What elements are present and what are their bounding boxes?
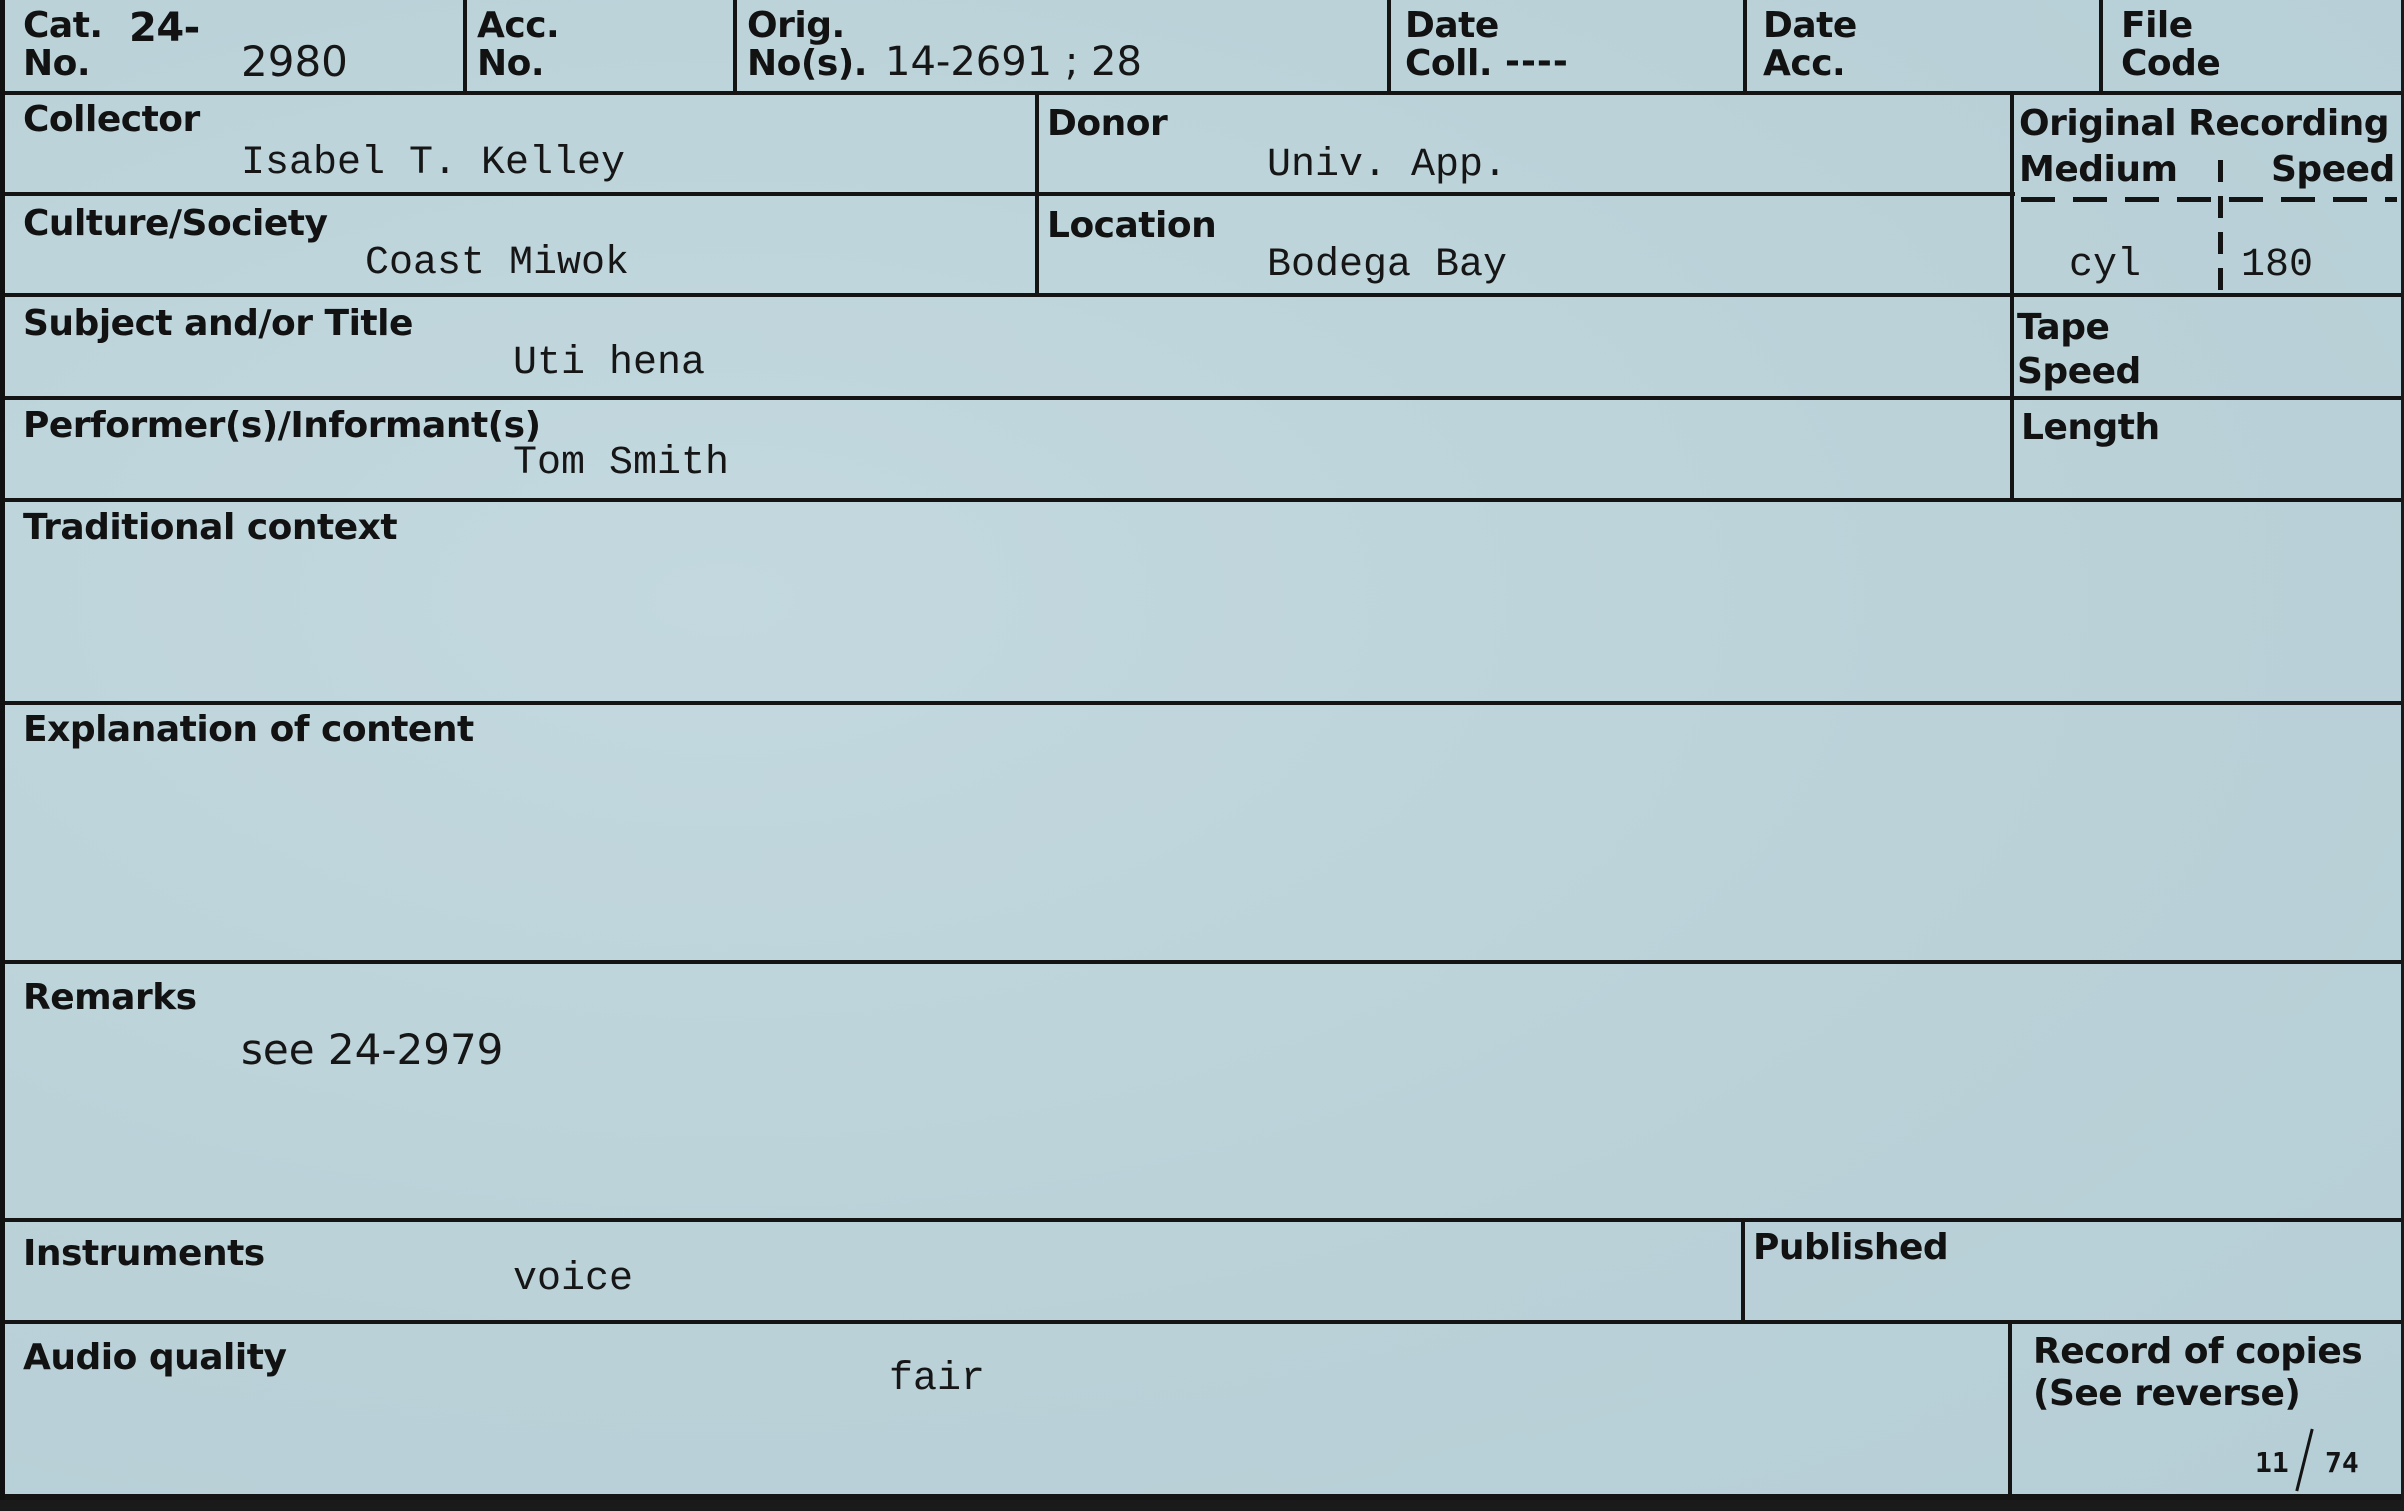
remarks-label: Remarks [23,978,197,1018]
culture-value: Coast Miwok [365,242,629,286]
tape-speed-label-line1: Tape [2017,308,2109,348]
performer-value: Tom Smith [513,442,729,486]
rule-collector-bottom [5,192,2015,196]
collector-label: Collector [23,100,200,140]
file-code-label-line2: Code [2121,44,2220,84]
form-date-slash [2295,1429,2313,1492]
rule-subject-bottom [5,396,2401,400]
acc-no-label-line1: Acc. [477,6,559,46]
orig-nos-label-line1: Orig. [747,6,845,46]
rule-culture-bottom [5,293,2401,297]
explanation-label: Explanation of content [23,710,474,750]
form-date-year: 74 [2325,1446,2359,1479]
culture-label: Culture/Society [23,204,327,244]
subject-value: Uti hena [513,342,705,386]
audio-quality-label: Audio quality [23,1338,286,1378]
date-coll-label-line1: Date [1405,6,1499,46]
medium-label: Medium [2019,150,2178,190]
record-of-copies-label-line1: Record of copies [2033,1332,2362,1372]
rule-v-instruments-published [1741,1219,1745,1321]
cat-no-value: 2980 [241,40,348,84]
rule-explanation-bottom [5,960,2401,964]
rule-v-datecoll-dateacc [1743,0,1747,92]
date-coll-value: ---- [1505,42,1569,82]
orig-nos-label-line2: No(s). [747,44,867,84]
rule-v-dateacc-file [2099,0,2103,92]
catalog-card: Cat. 24- No. 2980 Acc. No. Orig. No(s). … [0,0,2401,1500]
speed-value: 180 [2241,244,2313,288]
instruments-value: voice [513,1258,633,1302]
acc-no-label-line2: No. [477,44,544,84]
rule-v-collector-donor [1035,92,1039,294]
date-acc-label-line1: Date [1763,6,1857,46]
subject-label: Subject and/or Title [23,304,413,344]
rule-header-bottom [5,91,2401,95]
location-value: Bodega Bay [1267,244,1507,288]
cat-no-label-line2: No. [23,44,90,84]
recording-dashed-divider [2218,160,2223,294]
cat-no-label-line1: Cat. [23,6,103,46]
length-label: Length [2021,408,2160,448]
rule-card-bottom [5,1494,2401,1500]
medium-value: cyl [2069,244,2141,288]
rule-v-right-column [2010,92,2014,498]
tape-speed-label-line2: Speed [2017,352,2141,392]
record-of-copies-label-line2: (See reverse) [2033,1374,2300,1414]
orig-nos-value: 14-2691 ; 28 [885,40,1142,84]
cat-no-prefix: 24- [129,8,200,48]
date-acc-label-line2: Acc. [1763,44,1845,84]
file-code-label-line1: File [2121,6,2193,46]
rule-v-audio-copies [2008,1321,2012,1495]
rule-traditional-bottom [5,701,2401,705]
date-coll-label-line2: Coll. [1405,44,1492,84]
rule-v-orig-datecoll [1387,0,1391,92]
speed-label: Speed [2271,150,2395,190]
donor-label: Donor [1047,104,1167,144]
rule-performer-bottom [5,498,2401,502]
remarks-value: see 24-2979 [241,1028,503,1072]
rule-v-cat-acc [463,0,467,92]
location-label: Location [1047,206,1216,246]
recording-dashed-rule [2021,197,2397,202]
performer-label: Performer(s)/Informant(s) [23,406,541,446]
traditional-context-label: Traditional context [23,508,397,548]
collector-value: Isabel T. Kelley [241,142,625,186]
rule-remarks-bottom [5,1218,2401,1222]
rule-v-acc-orig [733,0,737,92]
audio-quality-value: fair [889,1358,985,1402]
original-recording-label: Original Recording [2019,104,2389,144]
form-date-month: 11 [2255,1446,2289,1479]
rule-instruments-bottom [5,1320,2401,1324]
published-label: Published [1753,1228,1948,1268]
instruments-label: Instruments [23,1234,265,1274]
donor-value: Univ. App. [1267,144,1507,188]
